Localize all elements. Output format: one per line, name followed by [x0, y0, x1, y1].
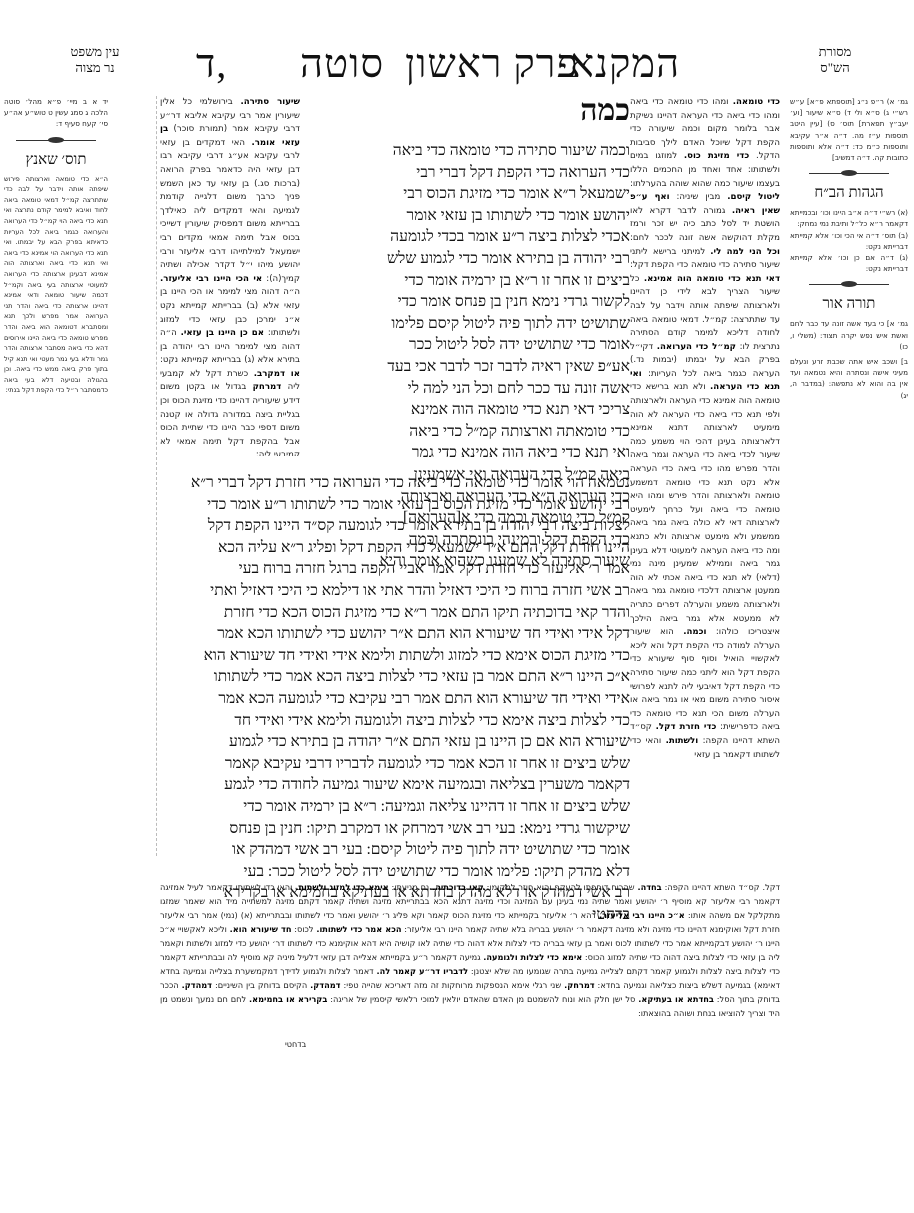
- tosafot-shantz-text: ה״א כדי טומאה וארצותה פירוש שיפתה אותה ו…: [4, 174, 108, 396]
- commentary-text: נח מניעתו:: [389, 882, 433, 892]
- gemara-line: כדי מזיגת הכוס אימא כדי למזוג ולשתות ולי…: [160, 645, 630, 667]
- masoret-hashas-text: גמ׳ א) ר״פ נ״ג [תוספתא פ״א] ע״ש רש״י ג) …: [790, 96, 908, 163]
- dibbur-hamatchil: הכא אמר כדי לשתותו.: [316, 924, 401, 934]
- masoret-column: גמ׳ א) ר״פ נ״ג [תוספתא פ״א] ע״ש רש״י ג) …: [790, 96, 908, 401]
- gemara-line: והדר קאי בדוכתיה תיקו התם אמר ר״א כדי מז…: [160, 602, 630, 624]
- gemara-line: אע״פ שאין ראיה לדבר זכר לדבר אכי בעד: [300, 356, 630, 378]
- masoret-hashas-header: מסורת הש"ס: [790, 44, 880, 76]
- catchword: בדחטי: [285, 1040, 306, 1049]
- gemara-line: אמר ר׳ אליעזר כדי חזרת דקל אמר אביי הקפה…: [160, 558, 630, 580]
- commentary-text: הוא שיעור הערלה למודה כדי הקפת דקל והא ל…: [630, 627, 780, 732]
- left-margin-rule: [156, 96, 157, 856]
- gemara-line: לצלות ביצה רבי יהודה בן בתירא אומר כדי ל…: [160, 515, 630, 537]
- gemara-line: שיעורא הוא אם כן היינו בן עזאי התם א״ר י…: [160, 731, 630, 753]
- gemara-line: אידי ואידי חד שיעורא הוא התם אמר רבי עקי…: [160, 688, 630, 710]
- gemara-line: ואי תנא כדי ביאה הוה אמינא כדי גמר: [300, 442, 630, 464]
- gemara-line: דקל אידי ואידי חד שיעורא הוא התם א״ר יהו…: [160, 623, 630, 645]
- gemara-line: דקאמר משערין בצליאה ובגמיעה אימא שיעור ג…: [160, 774, 630, 796]
- dibbur-hamatchil: אימא כדי למזוג ולשתות.: [295, 882, 388, 892]
- dibbur-hamatchil: א״כ היינו רבי אליעזר.: [599, 910, 685, 920]
- perek-number: פרק ראשון: [405, 44, 578, 84]
- gemara-line: אומר כדי שתושיט ידה לתוך פיה ליטול קיסם:…: [160, 839, 630, 861]
- gemara-line: היינו חזרת דקל התם א״ר ישמעאל כדי הקפת ד…: [160, 537, 630, 559]
- commentary-text: שני רגלי אימא הנספקות מרוחקות זה מזה דאר…: [341, 980, 565, 990]
- hagahot-item: (א) רש״י ד״ה א״ב היינו וכו׳ ובכמייתא דקא…: [790, 207, 908, 229]
- gemara-line: א״כ היינו ר״א התם אמר בן עזאי כדי לצלות …: [160, 666, 630, 688]
- gemara-line: ישמעאל ר״א אומר כדי מזיגת הכוס רבי: [300, 183, 630, 205]
- torah-or-item: גמ׳ א] כי בעד אשה זונה עד כבר לחם ואשת א…: [790, 318, 908, 352]
- gemara-line: אכדי לצלות ביצה ר״ע אומר בכדי לגומעה: [300, 226, 630, 248]
- commentary-text: ולא תנא ברישא כדי טומאה הוה אמינא כדי הע…: [630, 382, 780, 637]
- gemara-line: שיקשור גרדי נימא: בעי רב אשי דמרחק או דמ…: [160, 818, 630, 840]
- dibbur-hamatchil: דמרחק: [253, 382, 282, 392]
- dibbur-hamatchil: קאי בדוכתיה.: [432, 882, 484, 892]
- gemara-line: צריכי דאי תנא כדי טומאה הוה אמינא: [300, 399, 630, 421]
- dibbur-hamatchil: ליטול קיסם.: [727, 192, 780, 202]
- commentary-text: הקיסם בדוחק בין השיניים:: [212, 980, 310, 990]
- masechet-title: סוטה: [300, 44, 384, 84]
- dibbur-hamatchil: קמ״ל כדי הערואה.: [657, 342, 736, 352]
- gemara-line: יהושע אומר כדי לשתותו בן עזאי אומר: [300, 205, 630, 227]
- daf-number: ד,: [196, 44, 227, 84]
- dibbur-hamatchil: לדבריו דר״ע קאמר לה.: [376, 966, 468, 976]
- commentary-text: שהרוח דוחפתו להעקף והוא חוזר למקומו:: [484, 882, 638, 892]
- commentary-text: בגדול או בקטן משום דידע שיעוריה דהיינו כ…: [160, 382, 300, 456]
- commentary-text: מבין שיניה:: [670, 192, 728, 202]
- ein-mishpat-header: עין משפט נר מצוה: [50, 44, 140, 76]
- torah-or-item: ב] ושכב איש אתה שכבת זרע ונעלם מעיני איש…: [790, 356, 908, 401]
- dibbur-hamatchil: וכמה.: [683, 627, 706, 637]
- hagahot-habach-title: הגהות הב״ח: [790, 183, 908, 203]
- dibbur-hamatchil: בחדה.: [638, 882, 662, 892]
- commentary-text: סל ישן חלק הוא ונוח להשמטם מן האדם שהאדם…: [327, 994, 638, 1004]
- hagahot-item: (ב) תוס׳ ד״ה אי הכי וכו׳ אלא קמייתא דברי…: [790, 230, 908, 252]
- ornament-divider-icon: [809, 169, 889, 177]
- dibbur-hamatchil: בחדתא או בעתיקא.: [638, 994, 714, 1004]
- gemara-line: שתושיט ידה לתוך פיה ליטול קיסם פלימו: [300, 313, 630, 335]
- dibbur-hamatchil: אי הכי היינו רבי אליעזר.: [160, 274, 262, 284]
- ornament-divider-icon: [809, 280, 889, 288]
- gemara-wide-block: נטמאה הוי אומר כדי טומאה כדי ביאה כדי הע…: [160, 472, 630, 925]
- dibbur-hamatchil: ולשתות.: [666, 736, 699, 746]
- gemara-line: אשה זונה עד ככר לחם וכל הני למה לי: [300, 378, 630, 400]
- dibbur-hamatchil: או דמקרב.: [254, 369, 300, 379]
- dibbur-hamatchil: שיעור סתירה.: [240, 97, 300, 107]
- gemara-opening: כמה: [300, 96, 630, 130]
- dibbur-hamatchil: דמהדק.: [310, 980, 340, 990]
- commentary-text: לכוס:: [291, 924, 316, 934]
- dibbur-hamatchil: דמרחק.: [564, 980, 594, 990]
- commentary-text: כל שיעור הצריך לבא לידי כן דהיינו ולארצו…: [630, 274, 780, 352]
- rashi-commentary: כדי טומאה. ומהו כדי טומאה כדי ביאה ומהו …: [630, 96, 780, 854]
- dibbur-hamatchil: כדי טומאה.: [733, 97, 780, 107]
- gemara-line: כדי לצלות ביצה אימא כדי לצלות ביצה ולגומ…: [160, 710, 630, 732]
- gemara-line: כדי הערואה כדי הקפת דקל דברי רבי: [300, 162, 630, 184]
- gemara-line: אומר כדי שתושיט ידה לסל ליטול ככר: [300, 334, 630, 356]
- commentary-text: האי דמקדים בן עזאי לרבי עקיבא אע״ג דרבי …: [160, 138, 300, 284]
- dibbur-hamatchil: חד שיעורא הוא.: [230, 924, 292, 934]
- gemara-line: רב אשי חזרה ברוח כי היכי דאזיל והדר אתי …: [160, 580, 630, 602]
- torah-or-title: תורה אור: [790, 294, 908, 314]
- dibbur-hamatchil: וכל הני למה לי.: [710, 247, 780, 257]
- gemara-line: שלש ביצים זו אחר זו דהיינו צליאה וגמיעה:…: [160, 796, 630, 818]
- ein-mishpat-column: יד א ב מיי׳ פ״א מהל׳ סוטה הלכה ג סמג עשי…: [4, 96, 108, 396]
- gemara-lead-word: כמה: [580, 96, 630, 126]
- gemara-line: רבי יהושע אומר כדי מזיגת הכוס בן עזאי או…: [160, 494, 630, 516]
- ornament-divider-icon: [16, 136, 96, 144]
- tosafot-shantz-title: תוס׳ שאנץ: [4, 150, 108, 170]
- gemara-line: ביצים זו אחר זו ר״א בן ירמיה אומר כדי: [300, 270, 630, 292]
- gemara-line: לקשור גרדי נימא חנין בן פנחס אומר כדי: [300, 291, 630, 313]
- commentary-text: דקל. קס״ד השתא דהיינו הקפה:: [662, 882, 780, 892]
- ein-mishpat-text: יד א ב מיי׳ פ״א מהל׳ סוטה הלכה ג סמג עשי…: [4, 96, 108, 130]
- dibbur-hamatchil: כדי חזרת דקל.: [656, 722, 717, 732]
- dibbur-hamatchil: דמהדק.: [182, 980, 212, 990]
- dibbur-hamatchil: בקרירא או בחמימא.: [249, 994, 327, 1004]
- dibbur-hamatchil: כדי מזיגת כוס.: [684, 151, 749, 161]
- tosafot-commentary: שיעור סתירה. בירושלמי כל אלין שיעורין אמ…: [160, 96, 300, 456]
- gemara-line: שלש ביצים זו אחר זו הכא אמר כדי לגומעה ל…: [160, 753, 630, 775]
- gemara-text: כמה: [300, 96, 630, 130]
- rashi-bottom-commentary: דקל. קס״ד השתא דהיינו הקפה: בחדה. שהרוח …: [160, 880, 780, 1020]
- dibbur-hamatchil: דאי תנא כדי טומאה הוה אמינא.: [644, 274, 780, 284]
- gemara-line: וכמה שיעור סתירה כדי טומאה כדי ביאה: [300, 140, 630, 162]
- gemara-line: כדי טומאתה וארצותה קמ״ל כדי ביאה: [300, 421, 630, 443]
- gemara-line: רבי יהודה בן בתירא אומר כדי לגמוע שלש: [300, 248, 630, 270]
- hagahot-item: (ג) ד״ה אם כן וכו׳ אלא קמייתא דברייתא נק…: [790, 252, 908, 274]
- dibbur-hamatchil: אימא כדי לצלות ולגומעה.: [483, 952, 582, 962]
- gemara-line: נטמאה הוי אומר כדי טומאה כדי ביאה כדי הע…: [160, 472, 630, 494]
- perek-name: המקנא: [570, 44, 680, 84]
- dibbur-hamatchil: אם כן היינו בן עזאי.: [181, 328, 264, 338]
